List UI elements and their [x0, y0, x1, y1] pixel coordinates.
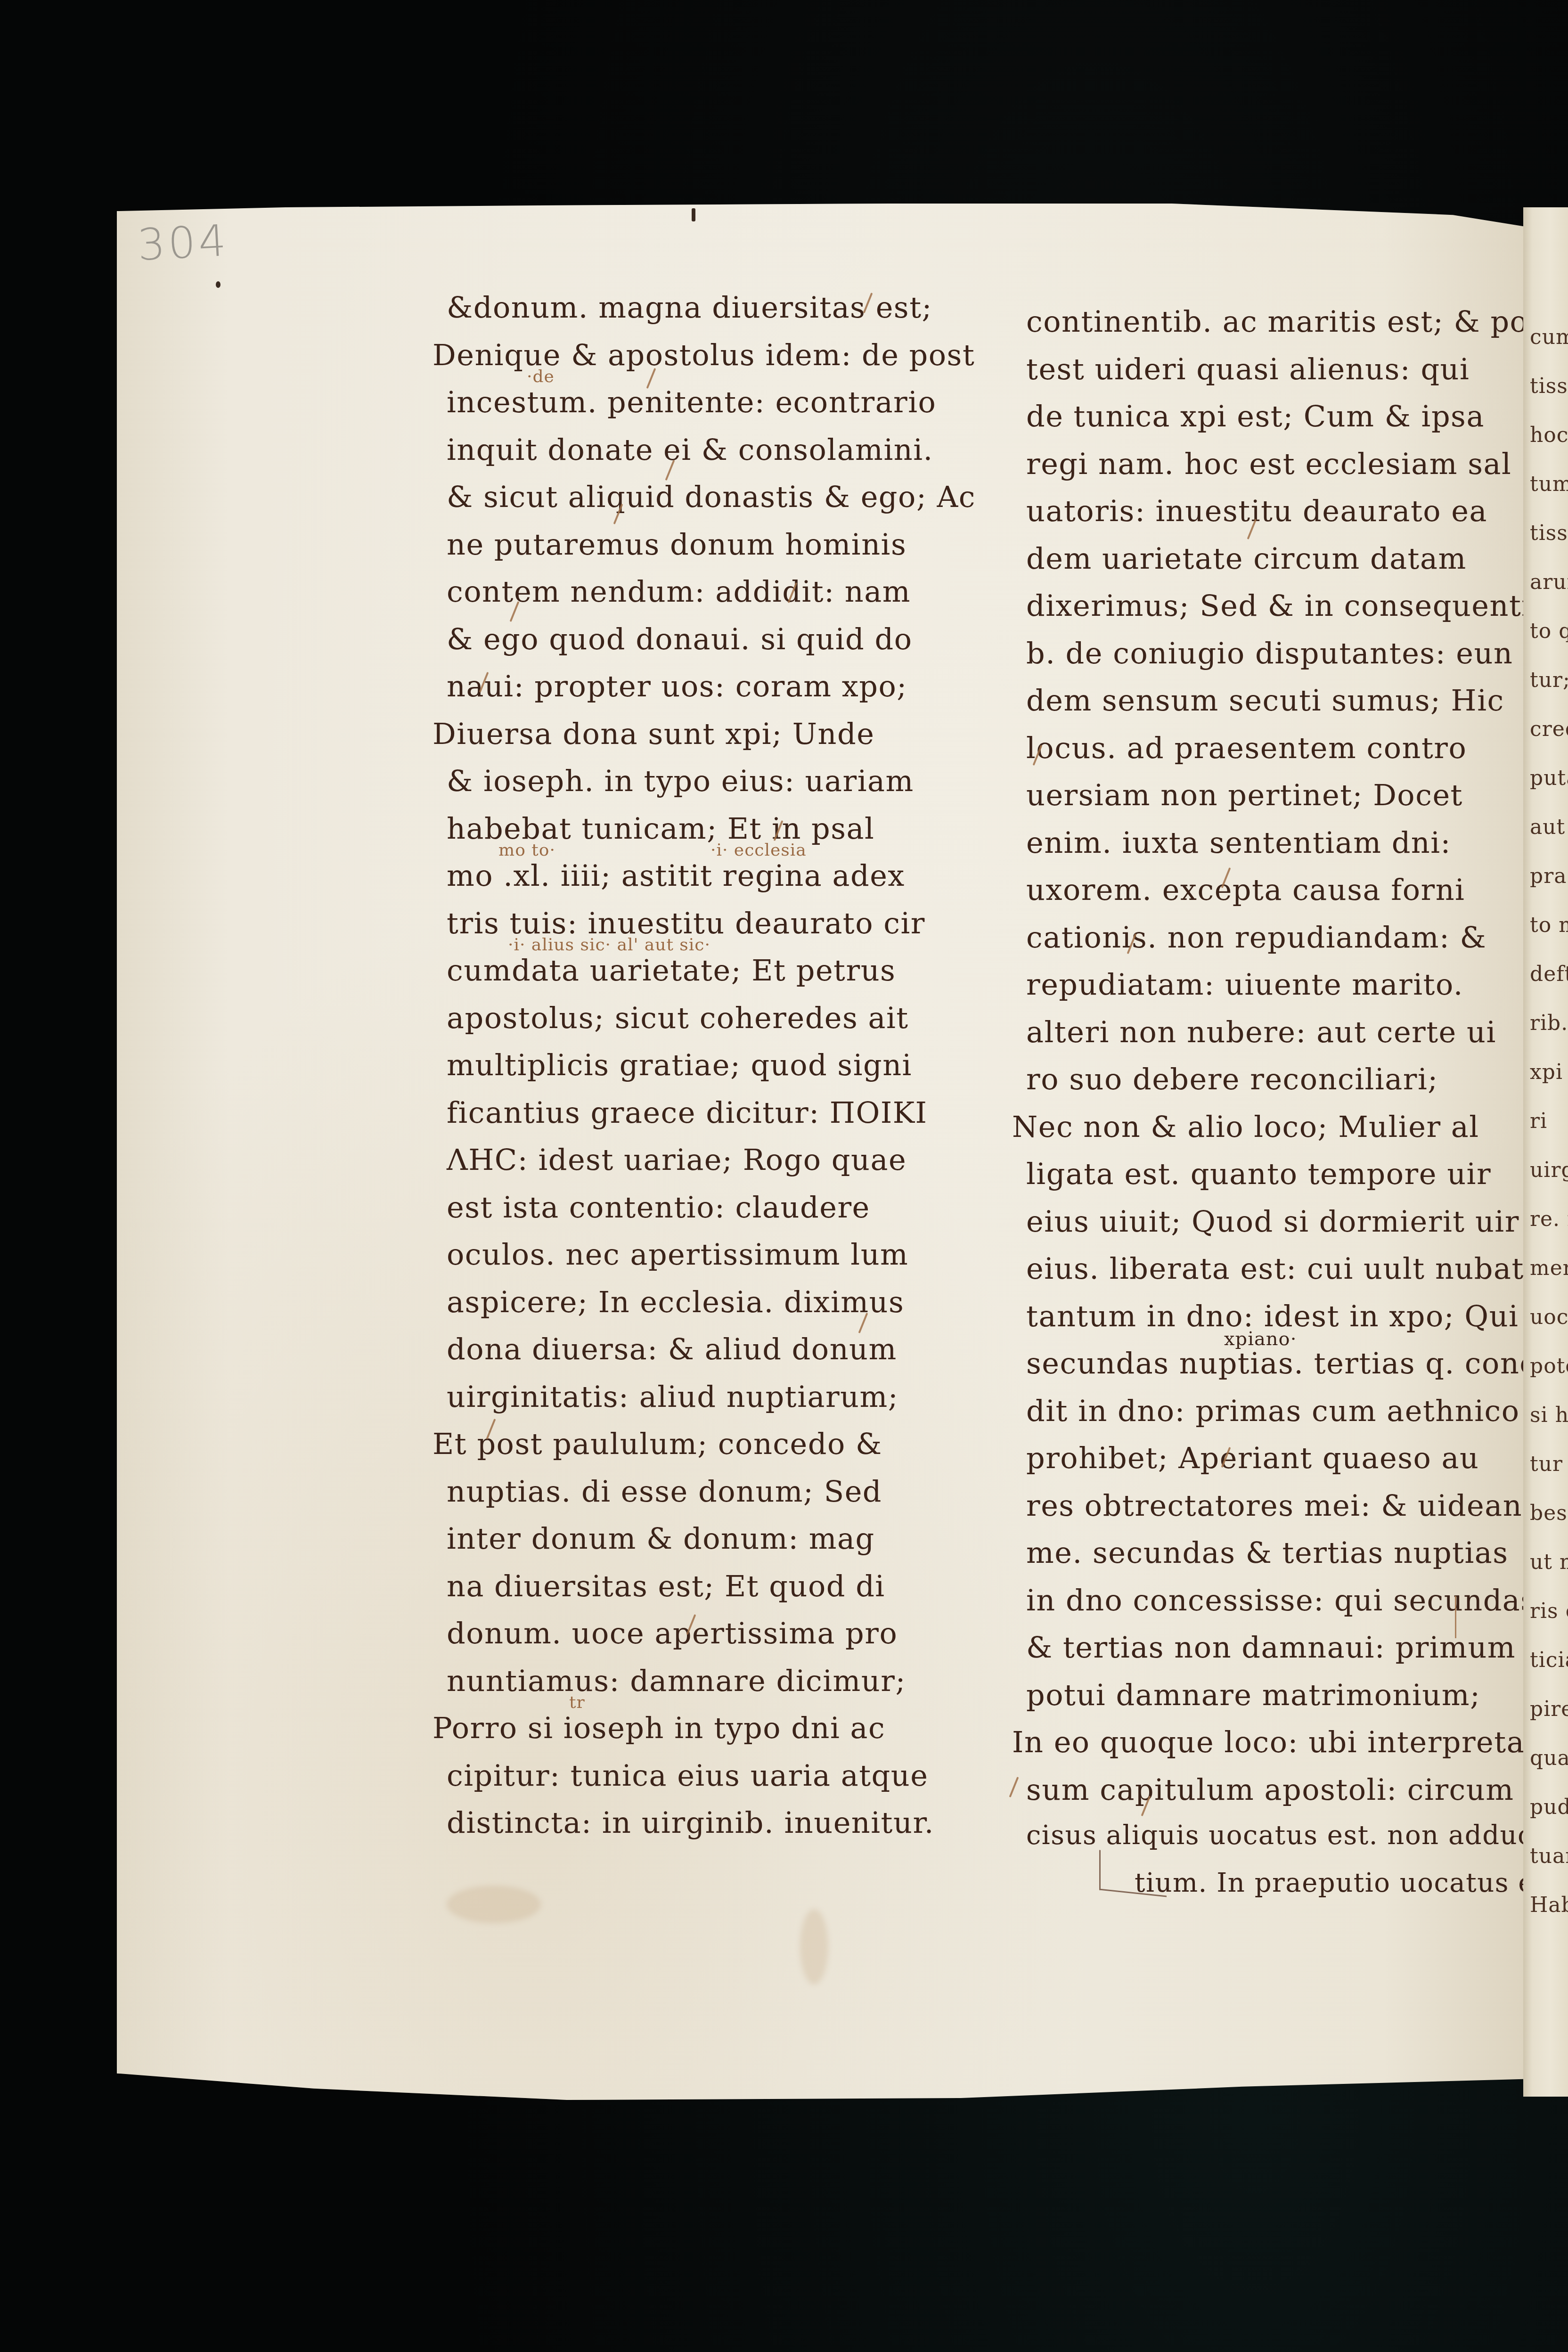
interlinear-gloss: ·de — [527, 367, 555, 386]
text-line: donum. uoce apertissima pro — [447, 1619, 898, 1648]
text-line: ΛΗC: idest uariae; Rogo quae — [447, 1145, 906, 1175]
interlinear-gloss: mo to· — [498, 841, 555, 860]
adjacent-leaf-line: mera — [1530, 1256, 1568, 1280]
adjacent-leaf-line: uirg — [1530, 1158, 1568, 1182]
text-line: tium. In praeputio uocatus est. non cir — [1135, 1870, 1568, 1896]
text-line: In eo quoque loco: ubi interpretatus — [1012, 1728, 1568, 1757]
adjacent-leaf-line: ri — [1530, 1109, 1547, 1133]
text-line: cisus aliquis uocatus est. non adducat p… — [1026, 1822, 1568, 1849]
text-line: in dno concessisse: qui secundas — [1026, 1586, 1536, 1615]
text-line: Et post paululum; concedo & — [433, 1429, 882, 1459]
adjacent-leaf-line: tissim — [1530, 521, 1568, 545]
text-line: contem nendum: addidit: nam — [447, 577, 911, 606]
text-line: b. de coniugio disputantes: eun — [1026, 639, 1513, 668]
text-line: nuptias. di esse donum; Sed — [447, 1477, 882, 1506]
folio-number: 304 — [136, 215, 230, 270]
vellum-stain — [447, 1886, 541, 1923]
adjacent-leaf-line: tuar — [1530, 1844, 1568, 1868]
adjacent-leaf-line: credu — [1530, 717, 1568, 741]
adjacent-leaf-line: cum c — [1530, 325, 1568, 349]
text-line: &donum. magna diuersitas est; — [447, 293, 932, 322]
adjacent-leaf-line: pire — [1530, 1697, 1568, 1721]
text-line: Diuersa dona sunt xpi; Unde — [433, 719, 874, 749]
text-line: test uideri quasi alienus: qui — [1026, 355, 1470, 384]
adjacent-leaf-line: bes t — [1530, 1501, 1568, 1525]
text-line: res obtrectatores mei: & uideant — [1026, 1491, 1535, 1520]
text-line: apostolus; sicut coheredes ait — [447, 1004, 909, 1033]
adjacent-leaf-line: rib. — [1530, 1011, 1568, 1035]
text-line: & ioseph. in typo eius: uariam — [447, 767, 914, 796]
adjacent-leaf-line: tur; — [1530, 668, 1568, 692]
adjacent-leaf-line: arum — [1530, 570, 1568, 594]
text-line: habebat tunicam; Et in psal — [447, 814, 874, 843]
text-line: na diuersitas est; Et quod di — [447, 1572, 885, 1601]
text-line: inter donum & donum: mag — [447, 1524, 875, 1553]
adjacent-leaf-line: tissim — [1530, 374, 1568, 398]
text-line: nuntiamus: damnare dicimur; — [447, 1666, 906, 1696]
text-line: de tunica xpi est; Cum & ipsa — [1026, 402, 1485, 431]
adjacent-leaf-line: putar — [1530, 766, 1568, 790]
text-line: repudiatam: uiuente marito. — [1026, 970, 1463, 999]
text-line: me. secundas & tertias nuptias — [1026, 1538, 1509, 1568]
text-line: distincta: in uirginib. inuenitur. — [447, 1808, 934, 1837]
interlinear-gloss: ·i· ecclesia — [710, 841, 807, 860]
text-line: ligata est. quanto tempore uir — [1026, 1160, 1491, 1189]
text-line: aspicere; In ecclesia. diximus — [447, 1288, 904, 1317]
adjacent-leaf-line: Habe — [1530, 1893, 1568, 1917]
adjacent-leaf-line: ticia — [1530, 1648, 1568, 1672]
text-line: Nec non & alio loco; Mulier al — [1012, 1112, 1479, 1142]
text-line: cipitur: tunica eius uaria atque — [447, 1761, 928, 1790]
adjacent-leaf-line: re. n — [1530, 1207, 1568, 1231]
correction-tick — [1009, 1777, 1019, 1797]
text-line: & ego quod donaui. si quid do — [447, 625, 912, 654]
text-line: regi nam. hoc est ecclesiam sal — [1026, 449, 1511, 479]
text-line: & sicut aliquid donastis & ego; Ac — [447, 482, 976, 512]
insertion-bracket — [1455, 1596, 1456, 1638]
interlinear-gloss: xpiano· — [1224, 1328, 1297, 1350]
adjacent-leaf-line: potes — [1530, 1354, 1568, 1378]
text-line: ficantius graece dicitur: ΠΟΙΚΙ — [447, 1098, 928, 1127]
vellum-stain — [800, 1909, 828, 1984]
text-line: incestum. penitente: econtrario — [447, 388, 936, 417]
text-line: ne putaremus donum hominis — [447, 530, 906, 559]
adjacent-leaf: cum ctissimhoc etum etissimarumto qtur;c… — [1523, 207, 1568, 2097]
text-line: est ista contentio: claudere — [447, 1193, 870, 1222]
text-line: dona diuersa: & aliud donum — [447, 1335, 897, 1364]
text-line: dem uarietate circum datam — [1026, 544, 1467, 573]
text-line: potui damnare matrimonium; — [1026, 1681, 1480, 1710]
text-line: Denique & apostolus idem: de post — [433, 341, 975, 370]
text-line: enim. iuxta sententiam dni: — [1026, 828, 1451, 857]
text-line: & tertias non damnaui: primum — [1026, 1633, 1516, 1662]
text-line: eius. liberata est: cui uult nubat: — [1026, 1254, 1535, 1283]
text-line: uersiam non pertinet; Docet — [1026, 781, 1463, 810]
interlinear-gloss: tr — [569, 1693, 585, 1712]
text-line: eius uiuit; Quod si dormierit uir — [1026, 1207, 1519, 1236]
text-line: sum capitulum apostoli: circum — [1026, 1775, 1514, 1805]
text-line: cumdata uarietate; Et petrus — [447, 956, 896, 985]
text-line: multiplicis gratiae; quod signi — [447, 1051, 912, 1080]
adjacent-leaf-line: to q — [1530, 619, 1568, 643]
text-line: prohibet; Aperiant quaeso au — [1026, 1444, 1479, 1473]
adjacent-leaf-line: pud — [1530, 1795, 1568, 1819]
adjacent-leaf-line: ut m — [1530, 1550, 1568, 1574]
text-line: uirginitatis: aliud nuptiarum; — [447, 1382, 898, 1412]
text-line: secundas nuptias. tertias q. conce — [1026, 1349, 1555, 1378]
text-line: cationis. non repudiandam: & — [1026, 923, 1486, 952]
adjacent-leaf-line: hoc e — [1530, 423, 1568, 447]
adjacent-leaf-line: to m — [1530, 913, 1568, 937]
interlinear-gloss: ·i· alius sic· al' aut sic· — [508, 935, 710, 955]
adjacent-leaf-line: si hab — [1530, 1403, 1568, 1427]
adjacent-leaf-line: aut — [1530, 815, 1565, 839]
text-line: ro suo debere reconciliari; — [1026, 1065, 1438, 1094]
adjacent-leaf-line: pra — [1530, 864, 1567, 888]
text-line: naui: propter uos: coram xpo; — [447, 672, 907, 701]
text-line: dixerimus; Sed & in consequenti — [1026, 591, 1532, 621]
text-line: locus. ad praesentem contro — [1026, 734, 1467, 763]
adjacent-leaf-line: quas — [1530, 1746, 1568, 1770]
text-line: mo .xl. iiii; astitit regina adex — [447, 861, 905, 890]
ink-speck — [692, 208, 695, 221]
text-line: tantum in dno: idest in xpo; Qui — [1026, 1302, 1519, 1331]
text-line: tris tuis: inuestitu deaurato cir — [447, 909, 925, 938]
adjacent-leaf-line: tur e — [1530, 1452, 1568, 1476]
text-line: alteri non nubere: aut certe ui — [1026, 1018, 1496, 1047]
adjacent-leaf-line: xpi a — [1530, 1060, 1568, 1084]
text-line: uxorem. excepta causa forni — [1026, 875, 1465, 905]
adjacent-leaf-line: ris e — [1530, 1599, 1568, 1623]
insertion-bracket — [1099, 1850, 1167, 1897]
text-line: dem sensum secuti sumus; Hic — [1026, 686, 1504, 715]
text-line: oculos. nec apertissimum lum — [447, 1240, 908, 1269]
text-line: inquit donate ei & consolamini. — [447, 435, 933, 465]
ink-speck — [216, 281, 220, 288]
manuscript-page: 304 &donum. magna diuersitas est;Denique… — [117, 204, 1523, 2100]
adjacent-leaf-line: uocat — [1530, 1305, 1568, 1329]
adjacent-leaf-line: deft — [1530, 962, 1568, 986]
text-line: continentib. ac maritis est; & po — [1026, 307, 1528, 336]
text-line: dit in dno: primas cum aethnico — [1026, 1396, 1520, 1426]
text-line: Porro si ioseph in typo dni ac — [433, 1714, 885, 1743]
adjacent-leaf-line: tum e — [1530, 472, 1568, 496]
text-line: uatoris: inuestitu deaurato ea — [1026, 497, 1487, 526]
